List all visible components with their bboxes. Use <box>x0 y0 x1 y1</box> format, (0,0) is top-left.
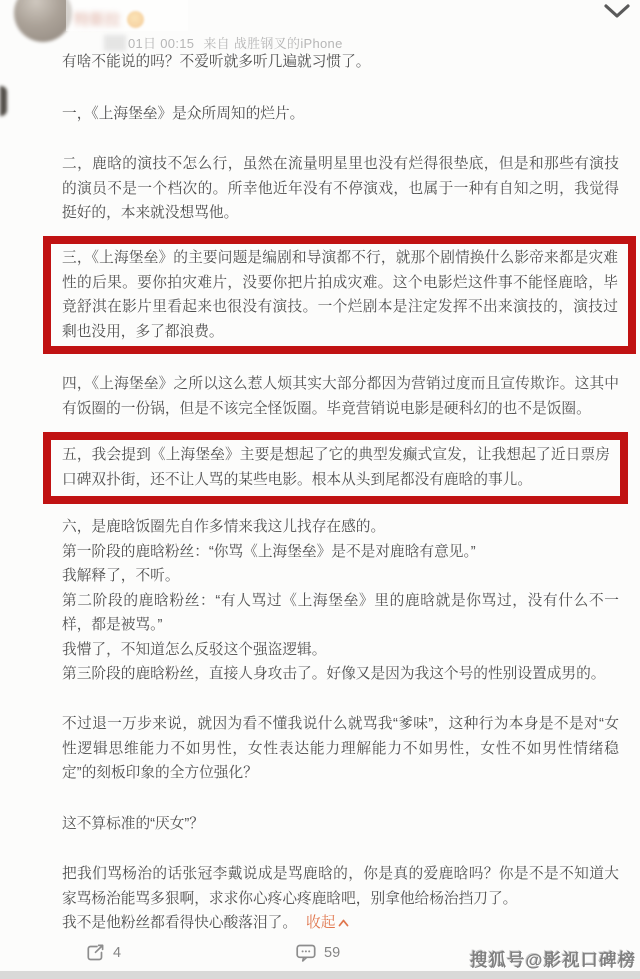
comment-button[interactable]: 59 <box>296 944 340 962</box>
screenshot-bottom-edge <box>0 971 640 979</box>
comment-count: 59 <box>324 945 340 961</box>
post-paragraph-5-highlighted: 五，我会提到《上海堡垒》主要是想起了它的典型发癫式宣发，让我想起了近日票房口碑双… <box>51 440 620 496</box>
post-paragraph-intro: 有啥不能说的吗？不爱听就多听几遍就习惯了。 <box>62 50 619 75</box>
left-edge-smudge <box>0 86 7 116</box>
post-paragraph-4: 四，《上海堡垒》之所以这么惹人烦其实大部分都因为营销过度而且宣传欺诈。这其中有饭… <box>62 372 619 421</box>
collapse-label: 收起 <box>306 915 335 931</box>
comment-icon <box>296 944 316 962</box>
post-paragraph-8: 这不算标准的“厌女”？ <box>62 812 619 837</box>
collapse-link[interactable]: 收起 <box>306 915 349 931</box>
watermark: 搜狐号@影视口碑榜 <box>470 947 636 972</box>
post-paragraph-2: 二，鹿晗的演技不怎么行，虽然在流量明星里也没有烂得很垫底，但是和那些有演技的演员… <box>62 152 619 226</box>
post-paragraph-6: 六，是鹿晗饭圈先自作多情来我这儿找存在感的。 第一阶段的鹿晗粉丝：“你骂《上海堡… <box>62 515 619 687</box>
chevron-up-icon <box>338 919 349 927</box>
post-paragraph-3-highlighted: 三，《上海堡垒》的主要问题是编剧和导演都不行，就那个剧情换什么影帝来都是灾难性的… <box>51 244 628 346</box>
repost-button[interactable]: 4 <box>86 944 121 962</box>
post-paragraph-7: 不过退一万步来说，就因为看不懂我说什么就骂我“爹味”，这种行为本身是不是对“女性… <box>62 712 619 786</box>
censor-smudge <box>104 35 126 51</box>
post-time: 01日 00:15 <box>128 36 194 51</box>
post-paragraph-9: 把我们骂杨治的话张冠李戴说成是骂鹿晗的，你是真的爱鹿晗吗？你是不是不知道大家骂杨… <box>62 862 619 936</box>
chevron-down-icon[interactable] <box>602 2 632 20</box>
repost-count: 4 <box>113 945 121 961</box>
post-source: 来自 战胜钢叉的iPhone <box>203 36 342 51</box>
avatar[interactable] <box>14 0 72 42</box>
censor-blur-box <box>66 0 188 31</box>
highlight-box-1: 三，《上海堡垒》的主要问题是编剧和导演都不行，就那个剧情换什么影帝来都是灾难性的… <box>43 236 636 354</box>
highlight-box-2: 五，我会提到《上海堡垒》主要是想起了它的典型发癫式宣发，让我想起了近日票房口碑双… <box>43 432 628 504</box>
post-paragraph-1: 一，《上海堡垒》是众所周知的烂片。 <box>62 102 619 127</box>
weibo-post-screenshot: 特斯拉 01日 00:15来自 战胜钢叉的iPhone 有啥不能说的吗？不爱听就… <box>0 0 640 979</box>
repost-icon <box>86 944 105 962</box>
